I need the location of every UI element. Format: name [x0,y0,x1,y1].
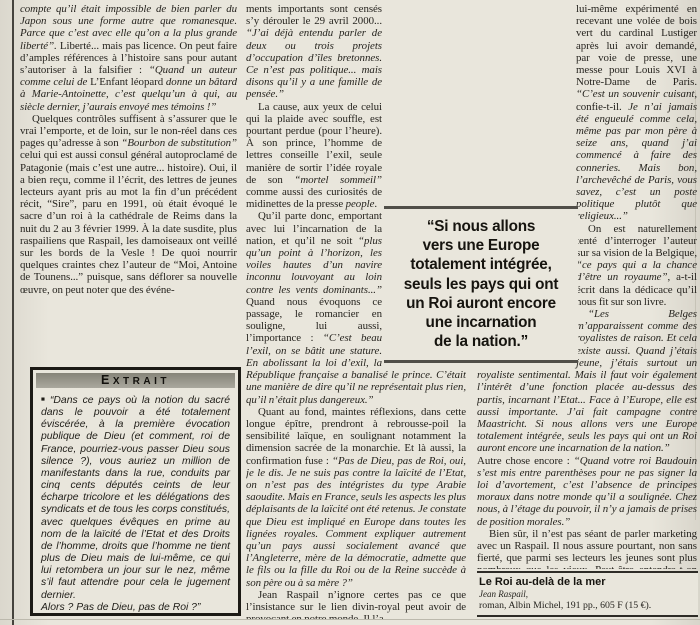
text-segment: L’Enfant léopard [90,76,163,88]
left-margin-rule [12,0,14,625]
square-bullet-icon: ■ [41,396,47,403]
paragraph: ments importants sont censés s’y déroule… [246,3,466,101]
italic-text-segment: “Bourbon de substitution” [121,137,237,149]
text-segment: . [374,198,377,210]
extrait-box: EXTRAIT ■“Dans ce pays où la notion du s… [30,367,241,616]
italic-text-segment: “C’est un souvenir cuisant [576,88,694,100]
text-segment: Autre chose encore : [477,455,574,467]
book-details: roman, Albin Michel, 191 pp., 605 F (15 … [479,600,696,612]
paragraph: Jean Raspail n’ignore certes pas ce que … [246,589,466,619]
paragraph: Quant au fond, maintes réflexions, dans … [246,406,466,589]
italic-text-segment: people [346,198,375,210]
extrait-paragraph: Alors ? Pas de Dieu, pas de Roi ?” [41,602,230,614]
italic-text-segment: “mortel sommeil” [294,174,382,186]
extrait-paragraph: ■“Dans ce pays où la notion du sacré dan… [41,394,230,602]
text-segment: Jean Raspail n’ignore certes pas ce que … [246,589,466,619]
text-segment: On est naturellement tenté d’interroger … [576,223,697,259]
article-column-1: compte qu’il était impossible de bien pa… [20,3,237,363]
pull-quote: “Si nous allons vers une Europe totaleme… [384,206,578,363]
paragraph: compte qu’il était impossible de bien pa… [20,3,237,113]
text-segment: celui qui est aussi consul général autop… [20,149,237,295]
extrait-body: ■“Dans ce pays où la notion du sacré dan… [33,388,238,614]
book-reference: Le Roi au-delà de la mer Jean Raspail, r… [477,571,698,617]
magazine-page: compte qu’il était impossible de bien pa… [0,0,700,625]
pull-quote-text: “Si nous allons vers une Europe totaleme… [386,217,576,351]
extrait-header-label: EXTRAIT [101,376,170,387]
book-title: Le Roi au-delà de la mer [479,576,696,589]
paragraph: lui-même expérimenté en recevant une vol… [477,3,697,223]
text-segment: ments importants sont censés s’y déroule… [246,3,382,27]
book-author: Jean Raspail, [479,589,696,600]
italic-text-segment: “Pas de Dieu, pas de Roi, oui, je le dis… [246,455,466,589]
scan-edge-bottom [0,619,700,620]
extrait-header: EXTRAIT [36,373,235,388]
italic-text-segment: “J’ai déjà entendu parler de deux ou tro… [246,27,382,100]
paragraph: Autre chose encore : “Quand votre roi Ba… [477,455,697,528]
italic-text-segment: Je n’ai jamais été engueulé comme cela, … [576,101,697,223]
text-segment: Bien sûr, il n’est pas séant de parler m… [477,528,697,569]
paragraph: Quelques contrôles suffisent à s’assurer… [20,113,237,296]
paragraph: Bien sûr, il n’est pas séant de parler m… [477,528,697,569]
text-segment: lui-même expérimenté en recevant une vol… [576,3,697,88]
paragraph: La cause, aux yeux de celui qui la plaid… [246,101,466,211]
